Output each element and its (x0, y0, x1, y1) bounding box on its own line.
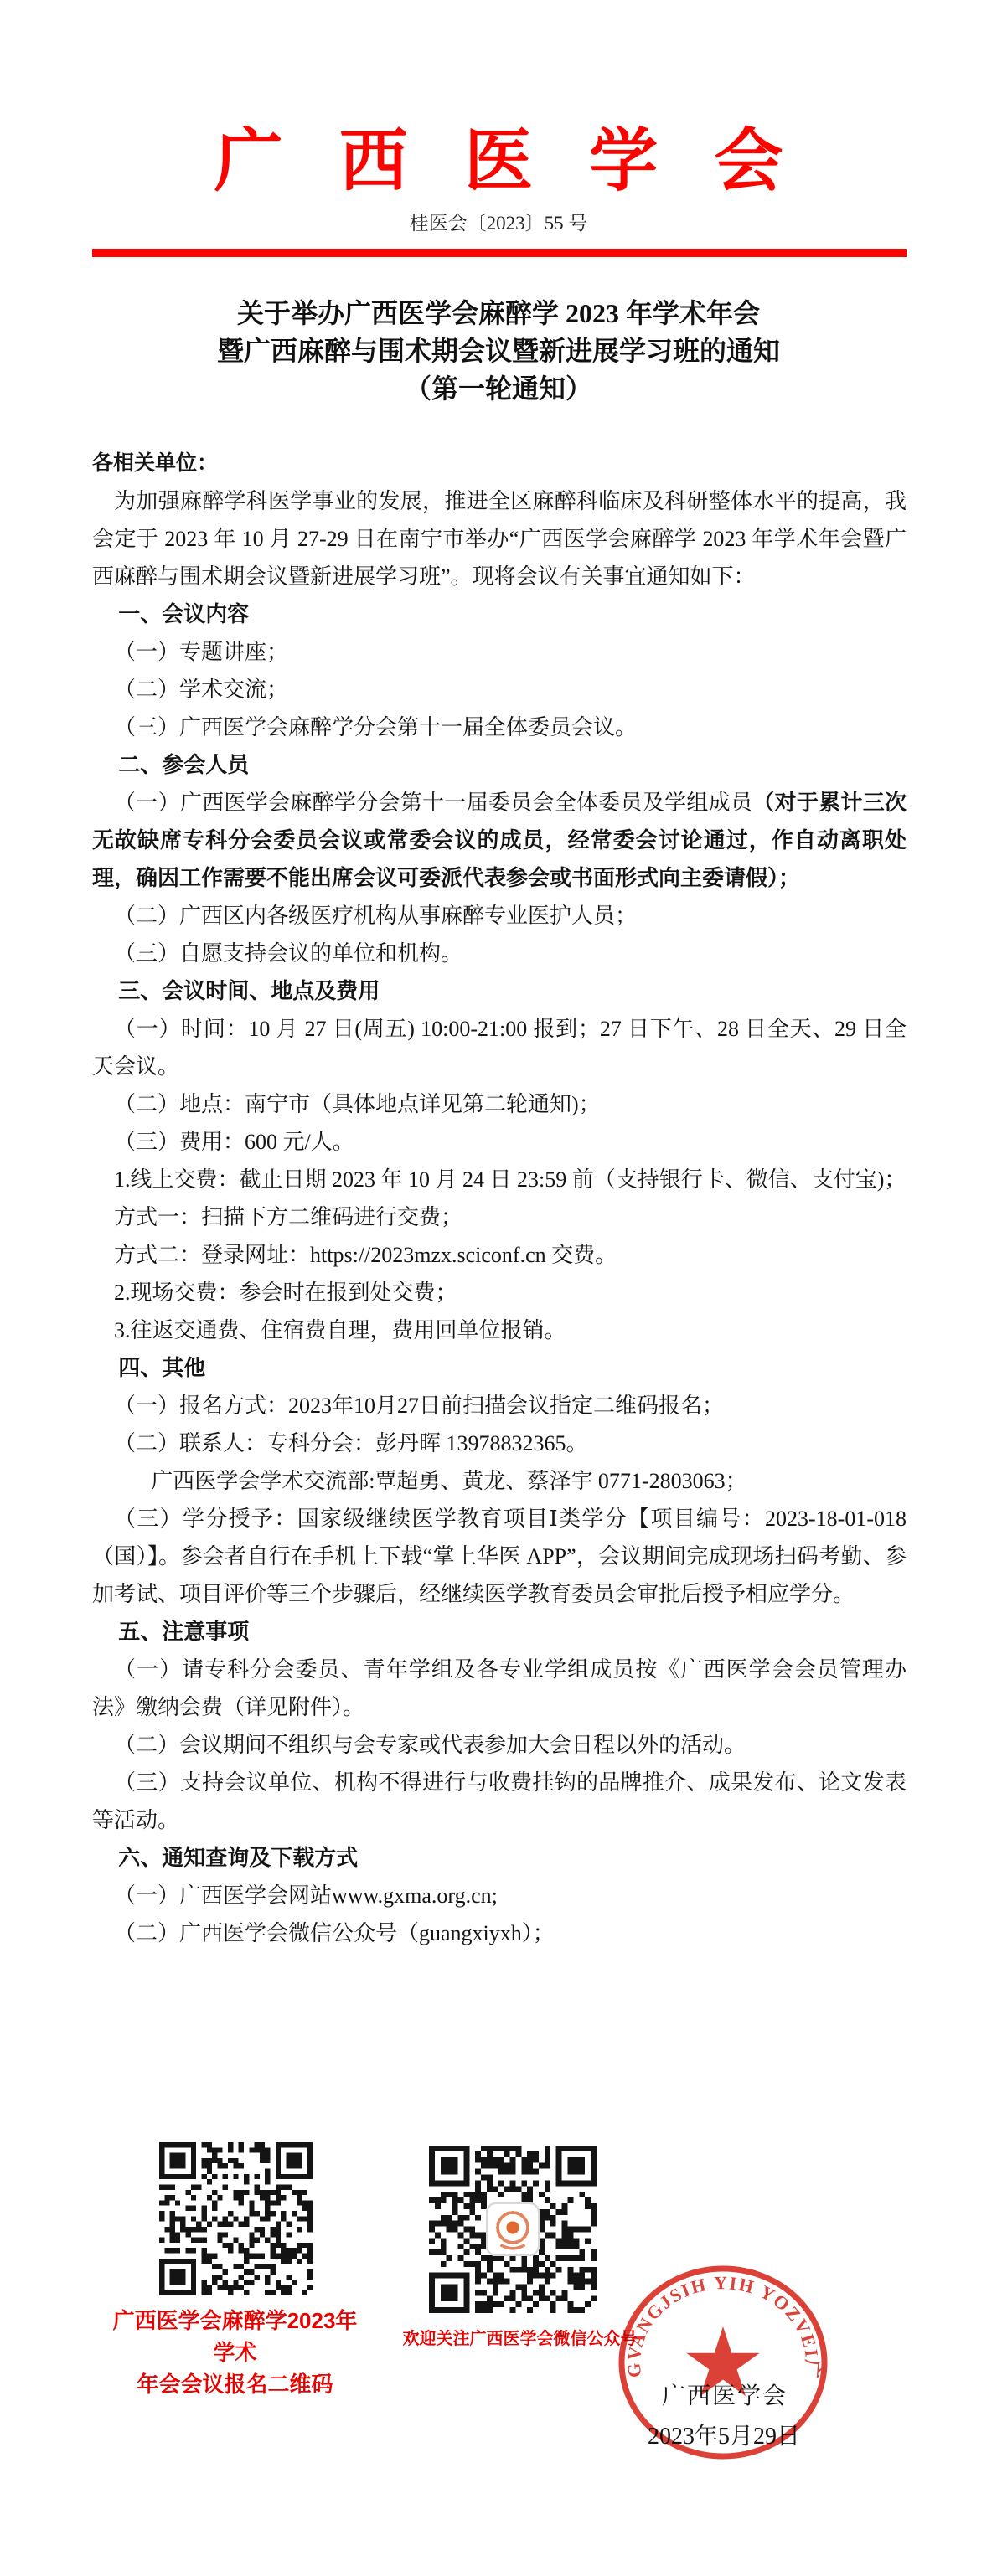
registration-qr-caption: 广西医学会麻醉学2023年学术 年会会议报名二维码 (107, 2305, 363, 2400)
paragraph: 1.线上交费：截止日期 2023 年 10 月 24 日 23:59 前（支持银… (92, 1161, 907, 1198)
paragraph: 方式二：登录网址：https://2023mzx.sciconf.cn 交费。 (92, 1236, 907, 1274)
qr-caption-line: 广西医学会麻醉学2023年学术 (107, 2305, 363, 2368)
section-other: 四、其他 （一）报名方式：2023年10月27日前扫描会议指定二维码报名； （二… (92, 1349, 907, 1613)
section-meeting-content: 一、会议内容 （一）专题讲座； （二）学术交流； （三）广西医学会麻醉学分会第十… (92, 595, 907, 746)
paragraph: （三）广西医学会麻醉学分会第十一届全体委员会议。 (92, 708, 907, 746)
paragraph: （一）时间：10 月 27 日(周五) 10:00-21:00 报到；27 日下… (92, 1010, 907, 1085)
wechat-qr-caption: 欢迎关注广西医学会微信公众号 (392, 2328, 648, 2350)
section-heading: 四、其他 (92, 1349, 907, 1387)
letterhead: 广西医学会 桂医会〔2023〕55 号 (0, 0, 997, 257)
section-heading: 五、注意事项 (92, 1613, 907, 1651)
paragraph: （一）广西医学会麻醉学分会第十一届委员会全体委员及学组成员（对于累计三次无故缺席… (92, 784, 907, 897)
section-download: 六、通知查询及下载方式 （一）广西医学会网站www.gxma.org.cn; （… (92, 1839, 907, 1952)
title-line-3: （第一轮通知） (75, 370, 922, 408)
notice-title: 关于举办广西医学会麻醉学 2023 年学术年会 暨广西麻醉与围术期会议暨新进展学… (75, 295, 922, 408)
section-heading: 六、通知查询及下载方式 (92, 1839, 907, 1877)
paragraph: （二）联系人：专科分会：彭丹晖 13978832365。 (92, 1425, 907, 1462)
paragraph: 方式一：扫描下方二维码进行交费； (92, 1198, 907, 1236)
red-rule-divider (92, 249, 907, 257)
registration-qr-code (159, 2142, 313, 2295)
paragraph: 3.往返交通费、住宿费自理，费用回单位报销。 (92, 1311, 907, 1349)
paragraph: （三）自愿支持会议的单位和机构。 (92, 935, 907, 972)
salutation: 各相关单位： (92, 445, 907, 482)
doc-number: 桂医会〔2023〕55 号 (0, 211, 997, 236)
wechat-qr-code (429, 2146, 597, 2313)
section-heading: 一、会议内容 (92, 595, 907, 633)
section-notes: 五、注意事项 （一）请专科分会委员、青年学组及各专业学组成员按《广西医学会会员管… (92, 1613, 907, 1839)
section-time-place-fee: 三、会议时间、地点及费用 （一）时间：10 月 27 日(周五) 10:00-2… (92, 972, 907, 1349)
section-heading: 二、参会人员 (92, 746, 907, 784)
title-line-2: 暨广西麻醉与围术期会议暨新进展学习班的通知 (75, 332, 922, 370)
paragraph: （一）广西医学会网站www.gxma.org.cn; (92, 1877, 907, 1914)
paragraph: 2.现场交费：参会时在报到处交费； (92, 1274, 907, 1311)
org-name: 广西医学会 (0, 126, 997, 198)
section-participants: 二、参会人员 （一）广西医学会麻醉学分会第十一届委员会全体委员及学组成员（对于累… (92, 746, 907, 972)
paragraph: （三）费用：600 元/人。 (92, 1123, 907, 1161)
paragraph: （二）广西区内各级医疗机构从事麻醉专业医护人员； (92, 897, 907, 935)
paragraph: （三）支持会议单位、机构不得进行与收费挂钩的品牌推介、成果发布、论文发表等活动。 (92, 1764, 907, 1839)
paragraph: （二）广西医学会微信公众号（guangxiyxh）； (92, 1914, 907, 1952)
paragraph: （一）请专科分会委员、青年学组及各专业学组成员按《广西医学会会员管理办法》缴纳会… (92, 1651, 907, 1726)
qr-caption-line: 年会会议报名二维码 (107, 2368, 363, 2400)
paragraph-text: （一）广西医学会麻醉学分会第十一届委员会全体委员及学组成员 (114, 791, 752, 815)
paragraph: （二）会议期间不组织与会专家或代表参加大会日程以外的活动。 (92, 1726, 907, 1764)
seal-star-icon (686, 2326, 759, 2396)
section-heading: 三、会议时间、地点及费用 (92, 972, 907, 1010)
paragraph: （二）学术交流； (92, 671, 907, 708)
official-seal: GVANGJSIH YIH YOZVEI广西医学会 (614, 2261, 832, 2464)
paragraph: （二）地点：南宁市（具体地点详见第二轮通知)； (92, 1085, 907, 1123)
intro-paragraph: 为加强麻醉学科医学事业的发展，推进全区麻醉科临床及科研整体水平的提高，我会定于 … (92, 482, 907, 595)
notice-body: 各相关单位： 为加强麻醉学科医学事业的发展，推进全区麻醉科临床及科研整体水平的提… (0, 445, 997, 1952)
paragraph: （三）学分授予：国家级继续医学教育项目Ⅰ类学分【项目编号：2023-18-01-… (92, 1500, 907, 1613)
notice-document-page: 广西医学会 桂医会〔2023〕55 号 关于举办广西医学会麻醉学 2023 年学… (0, 0, 997, 2576)
paragraph-contact: 广西医学会学术交流部:覃超勇、黄龙、蔡泽宇 0771-2803063； (92, 1462, 907, 1500)
title-line-1: 关于举办广西医学会麻醉学 2023 年学术年会 (75, 295, 922, 332)
paragraph: （一）报名方式：2023年10月27日前扫描会议指定二维码报名； (92, 1387, 907, 1425)
paragraph: （一）专题讲座； (92, 633, 907, 671)
